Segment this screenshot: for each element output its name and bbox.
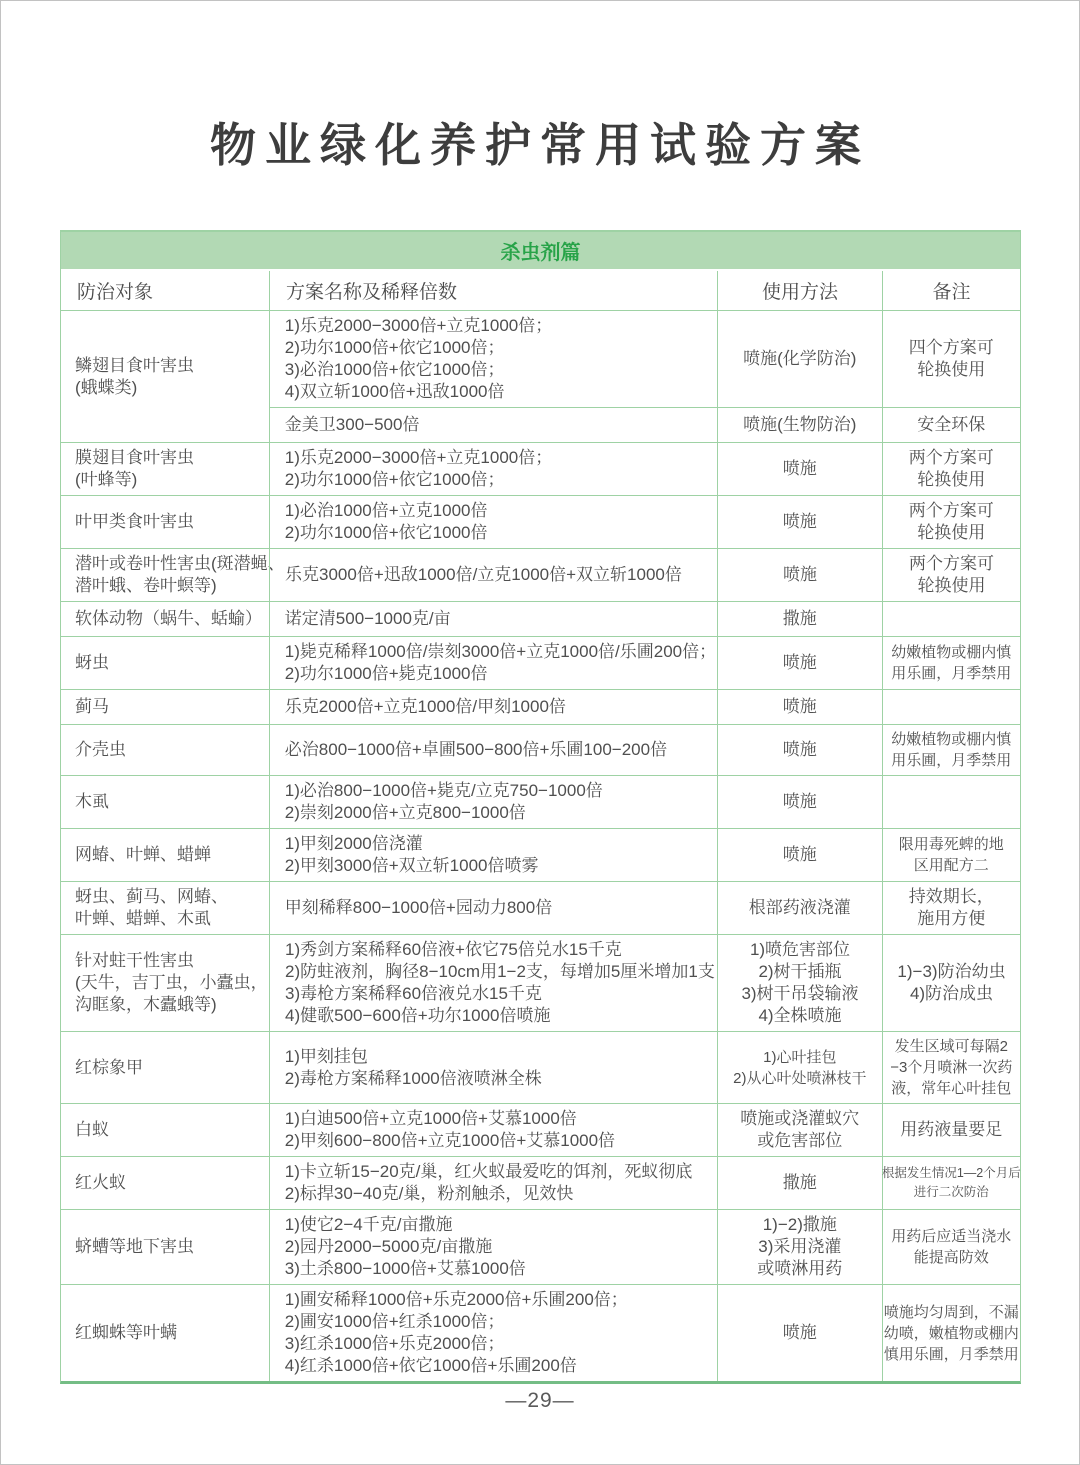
target-cell: 蚜虫、蓟马、网蝽、叶蝉、蜡蝉、木虱 xyxy=(61,882,269,934)
note-cell: 用药后应适当浇水能提高防效 xyxy=(882,1210,1020,1284)
method-line: 喷施 xyxy=(783,791,817,813)
target-line: 网蝽、叶蝉、蜡蝉 xyxy=(75,844,211,866)
table-subrow: 1)必治1000倍+立克1000倍2)功尔1000倍+依它1000倍喷施两个方案… xyxy=(269,496,1020,548)
table-row: 红蜘蛛等叶螨1)圃安稀释1000倍+乐克2000倍+乐圃200倍；2)圃安100… xyxy=(61,1284,1020,1381)
plan-line: 金美卫300−500倍 xyxy=(285,414,420,436)
table-row: 鳞翅目食叶害虫(蛾蝶类)1)乐克2000−3000倍+立克1000倍；2)功尔1… xyxy=(61,311,1020,442)
note-line: 持效期长， xyxy=(909,886,994,908)
table-row: 蛴螬等地下害虫1)使它2−4千克/亩撒施2)园丹2000−5000克/亩撒施3)… xyxy=(61,1209,1020,1284)
page-title: 物业绿化养护常用试验方案 xyxy=(1,1,1079,175)
method-line: 喷施 xyxy=(783,564,817,586)
table-subrow: 1)毙克稀释1000倍/崇刻3000倍+立克1000倍/乐圃200倍；2)功尔1… xyxy=(269,637,1020,689)
table-subrow: 1)必治800−1000倍+毙克/立克750−1000倍2)崇刻2000倍+立克… xyxy=(269,776,1020,828)
table-subrow: 诺定清500−1000克/亩撒施 xyxy=(269,602,1020,636)
note-line: 液，常年心叶挂包 xyxy=(891,1078,1011,1099)
plan-line: 1)乐克2000−3000倍+立克1000倍； xyxy=(285,315,552,337)
plan-line: 必治800−1000倍+卓圃500−800倍+乐圃100−200倍 xyxy=(285,739,667,761)
method-line: 喷施 xyxy=(783,652,817,674)
method-line: 3)采用浇灌 xyxy=(758,1236,841,1258)
row-detail: 1)必治800−1000倍+毙克/立克750−1000倍2)崇刻2000倍+立克… xyxy=(269,776,1020,828)
note-cell: 安全环保 xyxy=(882,408,1020,442)
note-line: 施用方便 xyxy=(917,908,985,930)
plan-line: 2)功尔1000倍+依它1000倍； xyxy=(285,469,505,491)
method-line: 或喷淋用药 xyxy=(757,1258,842,1280)
target-cell: 蛴螬等地下害虫 xyxy=(61,1210,269,1284)
method-cell: 喷施 xyxy=(717,549,882,601)
note-cell: 四个方案可轮换使用 xyxy=(882,311,1020,407)
note-line: 轮换使用 xyxy=(917,359,985,381)
plans-cell: 1)乐克2000−3000倍+立克1000倍；2)功尔1000倍+依它1000倍… xyxy=(269,311,717,407)
plan-line: 3)土杀800−1000倍+艾慕1000倍 xyxy=(285,1258,526,1280)
plan-line: 1)乐克2000−3000倍+立克1000倍； xyxy=(285,447,552,469)
plans-cell: 1)秀剑方案稀释60倍液+依它75倍兑水15千克2)防蛀液剂，胸径8−10cm用… xyxy=(269,935,717,1031)
note-line: 轮换使用 xyxy=(918,575,986,597)
note-line: 两个方案可 xyxy=(909,553,994,575)
method-cell: 1)心叶挂包2)从心叶处喷淋枝干 xyxy=(717,1032,882,1103)
row-detail: 1)白迪500倍+立克1000倍+艾慕1000倍2)甲刻600−800倍+立克1… xyxy=(269,1104,1020,1156)
method-cell: 喷施或浇灌蚁穴或危害部位 xyxy=(717,1104,882,1156)
target-line: 白蚁 xyxy=(75,1119,109,1141)
target-line: 木虱 xyxy=(75,791,109,813)
column-header-row: 防治对象 方案名称及稀释倍数 使用方法 备注 xyxy=(61,271,1020,311)
note-line: 4)防治成虫 xyxy=(910,983,993,1005)
target-line: 软体动物（蜗牛、蛞蝓） xyxy=(75,608,262,630)
plan-line: 乐克2000倍+立克1000倍/甲刻1000倍 xyxy=(285,696,566,718)
target-cell: 红火蚁 xyxy=(61,1157,269,1209)
method-cell: 撒施 xyxy=(717,1157,882,1209)
note-line: 进行二次防治 xyxy=(914,1183,989,1202)
table-row: 白蚁1)白迪500倍+立克1000倍+艾慕1000倍2)甲刻600−800倍+立… xyxy=(61,1103,1020,1156)
method-line: 2)树干插瓶 xyxy=(758,961,841,983)
plan-line: 1)甲刻2000倍浇灌 xyxy=(285,833,423,855)
note-cell: 发生区域可每隔2−3个月喷淋一次药液，常年心叶挂包 xyxy=(882,1032,1020,1103)
plans-cell: 甲刻稀释800−1000倍+园动力800倍 xyxy=(269,882,717,934)
table-subrow: 1)圃安稀释1000倍+乐克2000倍+乐圃200倍；2)圃安1000倍+红杀1… xyxy=(269,1285,1020,1381)
method-cell: 根部药液浇灌 xyxy=(717,882,882,934)
method-cell: 喷施 xyxy=(717,637,882,689)
table-row: 软体动物（蜗牛、蛞蝓）诺定清500−1000克/亩撒施 xyxy=(61,601,1020,636)
note-line: 用药液量要足 xyxy=(900,1119,1002,1141)
method-line: 喷施 xyxy=(783,511,817,533)
row-detail: 必治800−1000倍+卓圃500−800倍+乐圃100−200倍喷施幼嫩植物或… xyxy=(269,725,1020,775)
row-detail: 乐克3000倍+迅敌1000倍/立克1000倍+双立斩1000倍喷施两个方案可轮… xyxy=(269,549,1020,601)
method-line: 1)喷危害部位 xyxy=(750,939,850,961)
plan-line: 2)园丹2000−5000克/亩撒施 xyxy=(285,1236,492,1258)
column-header-note: 备注 xyxy=(882,271,1020,310)
note-line: 安全环保 xyxy=(917,414,985,436)
plans-cell: 1)乐克2000−3000倍+立克1000倍；2)功尔1000倍+依它1000倍… xyxy=(269,443,717,495)
plans-cell: 1)卡立斩15−20克/巢，红火蚁最爱吃的饵剂，死蚁彻底2)标捍30−40克/巢… xyxy=(269,1157,717,1209)
target-cell: 潜叶或卷叶性害虫(斑潜蝇、潜叶蛾、卷叶螟等) xyxy=(61,549,269,601)
note-cell: 两个方案可轮换使用 xyxy=(882,549,1020,601)
note-line: 用乐圃，月季禁用 xyxy=(891,750,1011,771)
row-detail: 1)圃安稀释1000倍+乐克2000倍+乐圃200倍；2)圃安1000倍+红杀1… xyxy=(269,1285,1020,1381)
plan-line: 2)毒枪方案稀释1000倍液喷淋全株 xyxy=(285,1068,542,1090)
method-cell: 喷施 xyxy=(717,829,882,881)
target-cell: 针对蛀干性害虫(天牛，吉丁虫，小蠹虫，沟眶象，木蠹蛾等) xyxy=(61,935,269,1031)
target-cell: 网蝽、叶蝉、蜡蝉 xyxy=(61,829,269,881)
plan-line: 2)标捍30−40克/巢，粉剂触杀，见效快 xyxy=(285,1183,574,1205)
target-line: 鳞翅目食叶害虫 xyxy=(75,355,194,377)
table-row: 木虱1)必治800−1000倍+毙克/立克750−1000倍2)崇刻2000倍+… xyxy=(61,775,1020,828)
row-detail: 1)必治1000倍+立克1000倍2)功尔1000倍+依它1000倍喷施两个方案… xyxy=(269,496,1020,548)
plans-cell: 诺定清500−1000克/亩 xyxy=(269,602,717,636)
table-row: 蓟马乐克2000倍+立克1000倍/甲刻1000倍喷施 xyxy=(61,689,1020,724)
method-line: 喷施(化学防治) xyxy=(743,348,856,370)
note-line: 区用配方二 xyxy=(914,855,989,876)
note-line: 发生区域可每隔2 xyxy=(895,1036,1008,1057)
method-line: 喷施 xyxy=(783,1322,817,1344)
plans-cell: 1)使它2−4千克/亩撒施2)园丹2000−5000克/亩撒施3)土杀800−1… xyxy=(269,1210,717,1284)
method-line: 喷施 xyxy=(783,844,817,866)
method-cell: 喷施 xyxy=(717,443,882,495)
method-cell: 撒施 xyxy=(717,602,882,636)
target-line: 膜翅目食叶害虫 xyxy=(75,447,194,469)
table-subrow: 乐克3000倍+迅敌1000倍/立克1000倍+双立斩1000倍喷施两个方案可轮… xyxy=(269,549,1020,601)
section-header: 杀虫剂篇 xyxy=(61,231,1020,271)
target-cell: 蚜虫 xyxy=(61,637,269,689)
note-line: 两个方案可 xyxy=(909,500,994,522)
note-cell: 喷施均匀周到，不漏幼喷，嫩植物或棚内慎用乐圃，月季禁用 xyxy=(882,1285,1020,1381)
plan-line: 1)卡立斩15−20克/巢，红火蚁最爱吃的饵剂，死蚁彻底 xyxy=(285,1161,693,1183)
note-line: 用药后应适当浇水 xyxy=(891,1226,1011,1247)
target-line: 红棕象甲 xyxy=(75,1057,143,1079)
plan-line: 诺定清500−1000克/亩 xyxy=(285,608,451,630)
note-cell: 两个方案可轮换使用 xyxy=(882,443,1020,495)
table-row: 网蝽、叶蝉、蜡蝉1)甲刻2000倍浇灌2)甲刻3000倍+双立斩1000倍喷雾喷… xyxy=(61,828,1020,881)
plan-line: 1)白迪500倍+立克1000倍+艾慕1000倍 xyxy=(285,1108,577,1130)
note-cell xyxy=(882,602,1020,636)
target-line: 针对蛀干性害虫 xyxy=(75,950,194,972)
note-line: 慎用乐圃，月季禁用 xyxy=(884,1344,1019,1365)
table-row: 叶甲类食叶害虫1)必治1000倍+立克1000倍2)功尔1000倍+依它1000… xyxy=(61,495,1020,548)
note-line: 限用毒死蜱的地 xyxy=(899,834,1004,855)
row-detail: 1)秀剑方案稀释60倍液+依它75倍兑水15千克2)防蛀液剂，胸径8−10cm用… xyxy=(269,935,1020,1031)
target-line: (天牛，吉丁虫，小蠹虫， xyxy=(75,972,268,994)
table-subrow: 金美卫300−500倍喷施(生物防治)安全环保 xyxy=(269,407,1020,442)
row-detail: 甲刻稀释800−1000倍+园动力800倍根部药液浇灌持效期长，施用方便 xyxy=(269,882,1020,934)
note-cell xyxy=(882,690,1020,724)
table-row: 蚜虫1)毙克稀释1000倍/崇刻3000倍+立克1000倍/乐圃200倍；2)功… xyxy=(61,636,1020,689)
note-line: 根据发生情况1—2个月后 xyxy=(882,1164,1021,1183)
method-cell: 1)喷危害部位2)树干插瓶3)树干吊袋输液4)全株喷施 xyxy=(717,935,882,1031)
plans-cell: 1)圃安稀释1000倍+乐克2000倍+乐圃200倍；2)圃安1000倍+红杀1… xyxy=(269,1285,717,1381)
note-cell xyxy=(882,776,1020,828)
table-subrow: 1)使它2−4千克/亩撒施2)园丹2000−5000克/亩撒施3)土杀800−1… xyxy=(269,1210,1020,1284)
plans-cell: 1)甲刻2000倍浇灌2)甲刻3000倍+双立斩1000倍喷雾 xyxy=(269,829,717,881)
note-line: −3个月喷淋一次药 xyxy=(890,1057,1012,1078)
table-subrow: 1)甲刻2000倍浇灌2)甲刻3000倍+双立斩1000倍喷雾喷施限用毒死蜱的地… xyxy=(269,829,1020,881)
method-cell: 喷施 xyxy=(717,690,882,724)
plan-line: 4)双立斩1000倍+迅敌1000倍 xyxy=(285,381,505,403)
note-line: 幼嫩植物或棚内慎 xyxy=(891,729,1011,750)
plan-line: 3)红杀1000倍+乐克2000倍； xyxy=(285,1333,505,1355)
target-line: (叶蜂等) xyxy=(75,469,137,491)
method-line: 或危害部位 xyxy=(757,1130,842,1152)
target-cell: 膜翅目食叶害虫(叶蜂等) xyxy=(61,443,269,495)
note-line: 幼喷，嫩植物或棚内 xyxy=(884,1323,1019,1344)
page-number: —29— xyxy=(1,1389,1079,1413)
target-line: 蓟马 xyxy=(75,696,109,718)
target-line: 潜叶蛾、卷叶螟等) xyxy=(75,575,217,597)
table-subrow: 1)白迪500倍+立克1000倍+艾慕1000倍2)甲刻600−800倍+立克1… xyxy=(269,1104,1020,1156)
note-line: 四个方案可 xyxy=(909,337,994,359)
column-header-plan: 方案名称及稀释倍数 xyxy=(269,271,717,310)
row-detail: 1)甲刻挂包2)毒枪方案稀释1000倍液喷淋全株1)心叶挂包2)从心叶处喷淋枝干… xyxy=(269,1032,1020,1103)
note-cell: 限用毒死蜱的地区用配方二 xyxy=(882,829,1020,881)
row-detail: 1)使它2−4千克/亩撒施2)园丹2000−5000克/亩撒施3)土杀800−1… xyxy=(269,1210,1020,1284)
method-cell: 喷施 xyxy=(717,776,882,828)
plan-line: 2)功尔1000倍+依它1000倍； xyxy=(285,337,505,359)
plan-line: 2)功尔1000倍+依它1000倍 xyxy=(285,522,488,544)
plan-line: 1)必治1000倍+立克1000倍 xyxy=(285,500,488,522)
plan-line: 1)使它2−4千克/亩撒施 xyxy=(285,1214,453,1236)
plans-cell: 1)必治1000倍+立克1000倍2)功尔1000倍+依它1000倍 xyxy=(269,496,717,548)
note-line: 1)−3)防治幼虫 xyxy=(897,961,1005,983)
note-cell: 持效期长，施用方便 xyxy=(882,882,1020,934)
method-cell: 喷施(生物防治) xyxy=(717,408,882,442)
table-row: 潜叶或卷叶性害虫(斑潜蝇、潜叶蛾、卷叶螟等)乐克3000倍+迅敌1000倍/立克… xyxy=(61,548,1020,601)
plan-line: 3)毒枪方案稀释60倍液兑水15千克 xyxy=(285,983,542,1005)
table-row: 红火蚁1)卡立斩15−20克/巢，红火蚁最爱吃的饵剂，死蚁彻底2)标捍30−40… xyxy=(61,1156,1020,1209)
table-subrow: 1)甲刻挂包2)毒枪方案稀释1000倍液喷淋全株1)心叶挂包2)从心叶处喷淋枝干… xyxy=(269,1032,1020,1103)
target-cell: 软体动物（蜗牛、蛞蝓） xyxy=(61,602,269,636)
row-detail: 诺定清500−1000克/亩撒施 xyxy=(269,602,1020,636)
note-cell: 用药液量要足 xyxy=(882,1104,1020,1156)
table-subrow: 乐克2000倍+立克1000倍/甲刻1000倍喷施 xyxy=(269,690,1020,724)
method-cell: 喷施 xyxy=(717,1285,882,1381)
note-cell: 幼嫩植物或棚内慎用乐圃，月季禁用 xyxy=(882,725,1020,775)
note-line: 喷施均匀周到，不漏 xyxy=(884,1302,1019,1323)
target-cell: 介壳虫 xyxy=(61,725,269,775)
method-line: 3)树干吊袋输液 xyxy=(741,983,858,1005)
note-line: 用乐圃，月季禁用 xyxy=(891,663,1011,684)
plans-cell: 1)甲刻挂包2)毒枪方案稀释1000倍液喷淋全株 xyxy=(269,1032,717,1103)
plan-line: 1)必治800−1000倍+毙克/立克750−1000倍 xyxy=(285,780,603,802)
method-line: 1)−2)撒施 xyxy=(763,1214,837,1236)
target-line: 红蜘蛛等叶螨 xyxy=(75,1322,177,1344)
method-line: 撒施 xyxy=(783,1172,817,1194)
plan-line: 1)甲刻挂包 xyxy=(285,1046,368,1068)
target-line: 介壳虫 xyxy=(75,739,126,761)
method-line: 2)从心叶处喷淋枝干 xyxy=(733,1068,866,1089)
row-detail: 1)乐克2000−3000倍+立克1000倍；2)功尔1000倍+依它1000倍… xyxy=(269,311,1020,442)
note-cell: 幼嫩植物或棚内慎用乐圃，月季禁用 xyxy=(882,637,1020,689)
plans-cell: 乐克3000倍+迅敌1000倍/立克1000倍+双立斩1000倍 xyxy=(269,549,717,601)
target-cell: 鳞翅目食叶害虫(蛾蝶类) xyxy=(61,311,269,442)
target-cell: 叶甲类食叶害虫 xyxy=(61,496,269,548)
method-line: 喷施(生物防治) xyxy=(743,414,856,436)
method-line: 喷施 xyxy=(783,696,817,718)
plan-line: 1)毙克稀释1000倍/崇刻3000倍+立克1000倍/乐圃200倍； xyxy=(285,641,716,663)
plans-cell: 1)必治800−1000倍+毙克/立克750−1000倍2)崇刻2000倍+立克… xyxy=(269,776,717,828)
document-page: 物业绿化养护常用试验方案 杀虫剂篇 防治对象 方案名称及稀释倍数 使用方法 备注… xyxy=(0,0,1080,1465)
plan-line: 2)崇刻2000倍+立克800−1000倍 xyxy=(285,802,526,824)
table-row: 介壳虫必治800−1000倍+卓圃500−800倍+乐圃100−200倍喷施幼嫩… xyxy=(61,724,1020,775)
target-line: 沟眶象，木蠹蛾等) xyxy=(75,994,217,1016)
target-line: 蚜虫、蓟马、网蝽、 xyxy=(75,886,228,908)
target-line: (蛾蝶类) xyxy=(75,377,137,399)
method-line: 1)心叶挂包 xyxy=(763,1047,836,1068)
table-subrow: 1)秀剑方案稀释60倍液+依它75倍兑水15千克2)防蛀液剂，胸径8−10cm用… xyxy=(269,935,1020,1031)
target-line: 蚜虫 xyxy=(75,652,109,674)
row-detail: 1)甲刻2000倍浇灌2)甲刻3000倍+双立斩1000倍喷雾喷施限用毒死蜱的地… xyxy=(269,829,1020,881)
plan-line: 2)圃安1000倍+红杀1000倍； xyxy=(285,1311,505,1333)
plans-cell: 乐克2000倍+立克1000倍/甲刻1000倍 xyxy=(269,690,717,724)
table-row: 膜翅目食叶害虫(叶蜂等)1)乐克2000−3000倍+立克1000倍；2)功尔1… xyxy=(61,442,1020,495)
target-cell: 红棕象甲 xyxy=(61,1032,269,1103)
plans-cell: 1)毙克稀释1000倍/崇刻3000倍+立克1000倍/乐圃200倍；2)功尔1… xyxy=(269,637,717,689)
table-row: 蚜虫、蓟马、网蝽、叶蝉、蜡蝉、木虱甲刻稀释800−1000倍+园动力800倍根部… xyxy=(61,881,1020,934)
plan-line: 4)健歌500−600倍+功尔1000倍喷施 xyxy=(285,1005,551,1027)
method-line: 喷施 xyxy=(783,739,817,761)
method-line: 喷施 xyxy=(783,458,817,480)
target-line: 潜叶或卷叶性害虫(斑潜蝇、 xyxy=(75,553,285,575)
plan-line: 乐克3000倍+迅敌1000倍/立克1000倍+双立斩1000倍 xyxy=(285,564,682,586)
row-detail: 1)乐克2000−3000倍+立克1000倍；2)功尔1000倍+依它1000倍… xyxy=(269,443,1020,495)
method-cell: 喷施 xyxy=(717,725,882,775)
table-body: 鳞翅目食叶害虫(蛾蝶类)1)乐克2000−3000倍+立克1000倍；2)功尔1… xyxy=(61,311,1020,1381)
note-line: 幼嫩植物或棚内慎 xyxy=(891,642,1011,663)
column-header-target: 防治对象 xyxy=(61,271,269,310)
method-line: 喷施或浇灌蚁穴 xyxy=(740,1108,859,1130)
target-cell: 红蜘蛛等叶螨 xyxy=(61,1285,269,1381)
target-line: 蛴螬等地下害虫 xyxy=(75,1236,194,1258)
note-cell: 根据发生情况1—2个月后进行二次防治 xyxy=(882,1157,1020,1209)
method-line: 根部药液浇灌 xyxy=(749,897,851,919)
table-subrow: 必治800−1000倍+卓圃500−800倍+乐圃100−200倍喷施幼嫩植物或… xyxy=(269,725,1020,775)
target-line: 叶甲类食叶害虫 xyxy=(75,511,194,533)
note-cell: 两个方案可轮换使用 xyxy=(882,496,1020,548)
row-detail: 1)毙克稀释1000倍/崇刻3000倍+立克1000倍/乐圃200倍；2)功尔1… xyxy=(269,637,1020,689)
note-line: 轮换使用 xyxy=(917,522,985,544)
plan-line: 3)必治1000倍+依它1000倍； xyxy=(285,359,505,381)
plan-line: 甲刻稀释800−1000倍+园动力800倍 xyxy=(285,897,552,919)
target-cell: 蓟马 xyxy=(61,690,269,724)
target-line: 红火蚁 xyxy=(75,1172,126,1194)
plan-line: 1)圃安稀释1000倍+乐克2000倍+乐圃200倍； xyxy=(285,1289,628,1311)
method-cell: 喷施(化学防治) xyxy=(717,311,882,407)
note-line: 能提高防效 xyxy=(914,1247,989,1268)
plan-line: 1)秀剑方案稀释60倍液+依它75倍兑水15千克 xyxy=(285,939,622,961)
plan-line: 2)甲刻600−800倍+立克1000倍+艾慕1000倍 xyxy=(285,1130,615,1152)
method-line: 撒施 xyxy=(783,608,817,630)
table-subrow: 1)乐克2000−3000倍+立克1000倍；2)功尔1000倍+依它1000倍… xyxy=(269,443,1020,495)
plans-cell: 金美卫300−500倍 xyxy=(269,408,717,442)
plan-line: 2)防蛀液剂，胸径8−10cm用1−2支，每增加5厘米增加1支 xyxy=(285,961,715,983)
plans-cell: 1)白迪500倍+立克1000倍+艾慕1000倍2)甲刻600−800倍+立克1… xyxy=(269,1104,717,1156)
target-cell: 木虱 xyxy=(61,776,269,828)
note-line: 两个方案可 xyxy=(909,447,994,469)
column-header-method: 使用方法 xyxy=(717,271,882,310)
table-subrow: 1)卡立斩15−20克/巢，红火蚁最爱吃的饵剂，死蚁彻底2)标捍30−40克/巢… xyxy=(269,1157,1020,1209)
table-row: 红棕象甲1)甲刻挂包2)毒枪方案稀释1000倍液喷淋全株1)心叶挂包2)从心叶处… xyxy=(61,1031,1020,1103)
method-cell: 喷施 xyxy=(717,496,882,548)
target-line: 叶蝉、蜡蝉、木虱 xyxy=(75,908,211,930)
table-row: 针对蛀干性害虫(天牛，吉丁虫，小蠹虫，沟眶象，木蠹蛾等)1)秀剑方案稀释60倍液… xyxy=(61,934,1020,1031)
plans-cell: 必治800−1000倍+卓圃500−800倍+乐圃100−200倍 xyxy=(269,725,717,775)
note-cell: 1)−3)防治幼虫4)防治成虫 xyxy=(882,935,1020,1031)
plan-line: 2)功尔1000倍+毙克1000倍 xyxy=(285,663,488,685)
method-cell: 1)−2)撒施3)采用浇灌或喷淋用药 xyxy=(717,1210,882,1284)
row-detail: 1)卡立斩15−20克/巢，红火蚁最爱吃的饵剂，死蚁彻底2)标捍30−40克/巢… xyxy=(269,1157,1020,1209)
note-line: 轮换使用 xyxy=(917,469,985,491)
table-subrow: 1)乐克2000−3000倍+立克1000倍；2)功尔1000倍+依它1000倍… xyxy=(269,311,1020,407)
row-detail: 乐克2000倍+立克1000倍/甲刻1000倍喷施 xyxy=(269,690,1020,724)
plan-line: 4)红杀1000倍+依它1000倍+乐圃200倍 xyxy=(285,1355,577,1377)
target-cell: 白蚁 xyxy=(61,1104,269,1156)
insecticide-table: 杀虫剂篇 防治对象 方案名称及稀释倍数 使用方法 备注 鳞翅目食叶害虫(蛾蝶类)… xyxy=(60,230,1021,1384)
method-line: 4)全株喷施 xyxy=(758,1005,841,1027)
plan-line: 2)甲刻3000倍+双立斩1000倍喷雾 xyxy=(285,855,539,877)
table-subrow: 甲刻稀释800−1000倍+园动力800倍根部药液浇灌持效期长，施用方便 xyxy=(269,882,1020,934)
